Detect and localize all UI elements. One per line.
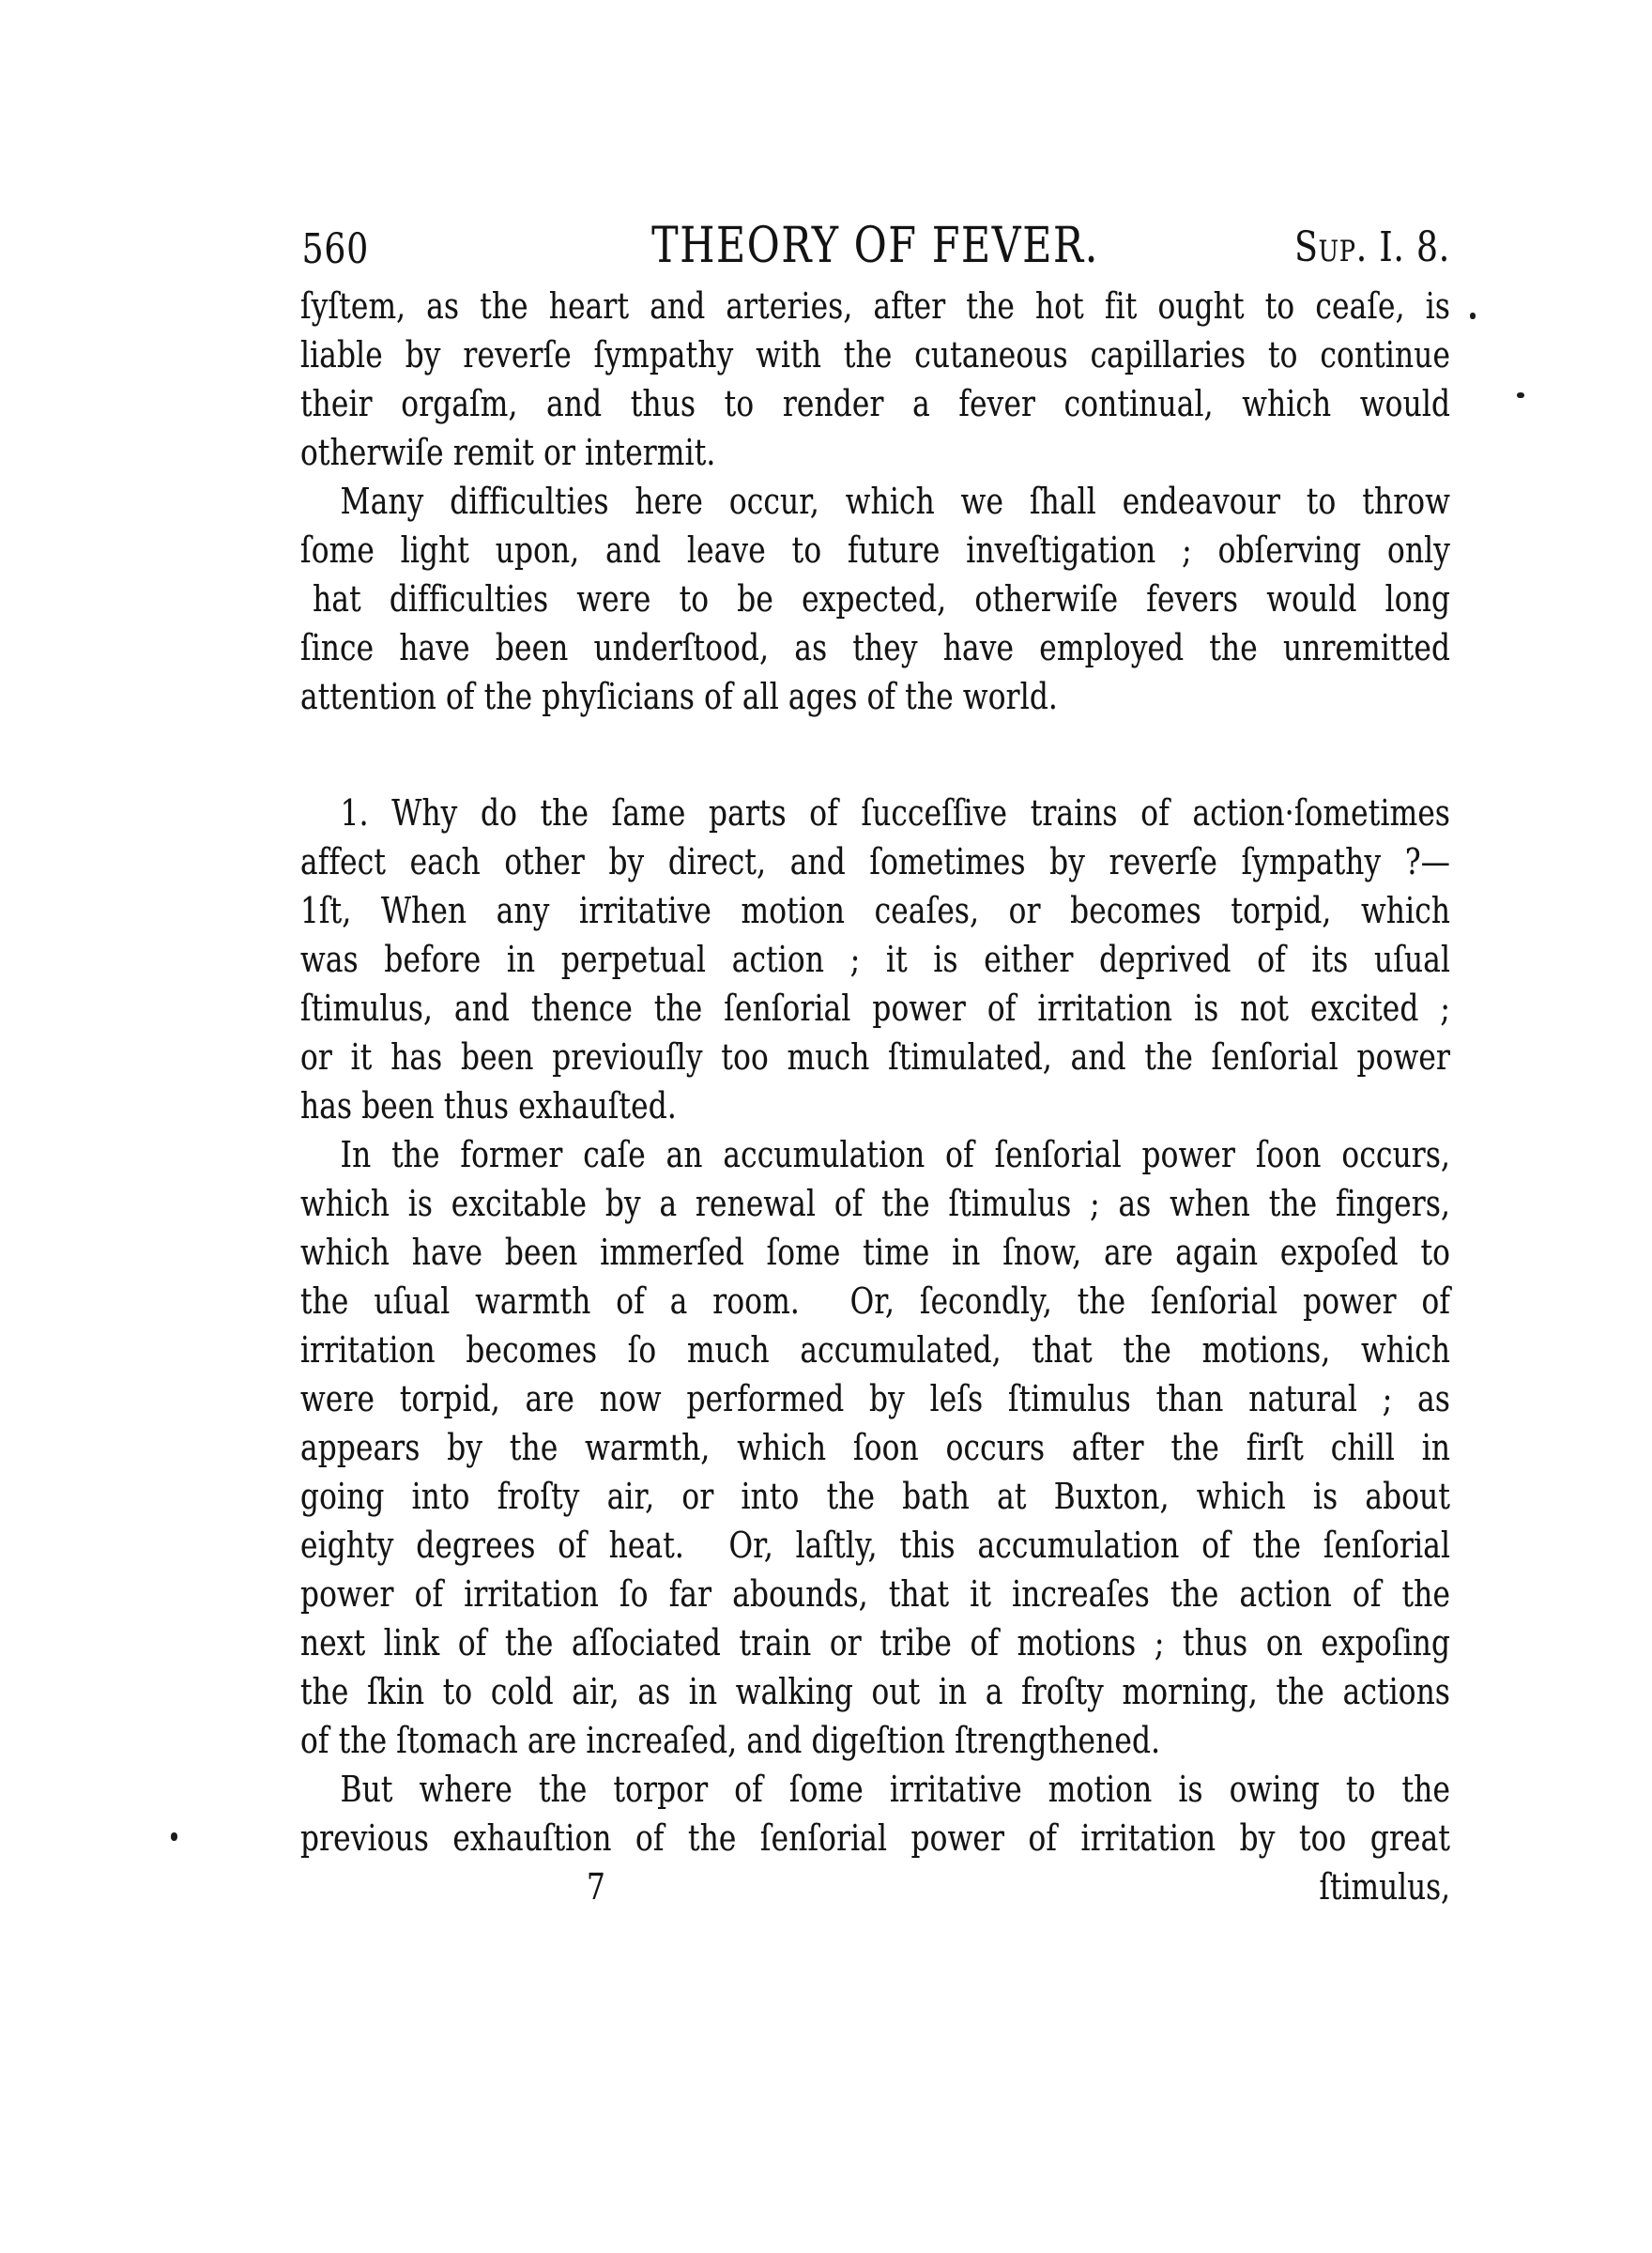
text-line: 1. Why do the ſame parts of ſucceſſive t… [300, 789, 1450, 837]
text-line: next link of the aſſociated train or tri… [300, 1618, 1450, 1667]
text-line: of the ſtomach are increaſed, and digeſt… [300, 1716, 1450, 1765]
text-line: liable by reverſe ſympathy with the cuta… [300, 330, 1450, 379]
text-line: Many difficulties here occur, which we ſ… [300, 477, 1450, 526]
text-line: which is excitable by a renewal of the ſ… [300, 1179, 1450, 1228]
text-line: ſyſtem, as the heart and arteries, after… [300, 282, 1450, 330]
text-line: 1ſt, When any irritative motion ceaſes, … [300, 886, 1450, 935]
text-line: power of irritation ſo far abounds, that… [300, 1570, 1450, 1618]
text-line: attention of the phyſicians of all ages … [300, 672, 1450, 721]
book-page-scan: 560 THEORY OF FEVER. Sup. I. 8. ſyſtem, … [0, 0, 1652, 2253]
text-line: which have been immerſed ſome time in ſn… [300, 1228, 1450, 1277]
page-title: THEORY OF FEVER. [300, 218, 1450, 274]
ink-speck [1517, 392, 1524, 398]
text-line: ſince have been underſtood, as they have… [300, 623, 1450, 672]
text-line: In the former caſe an accumulation of ſe… [300, 1130, 1450, 1179]
ink-speck [171, 1832, 177, 1841]
text-line: or it has been previouſly too much ſtimu… [300, 1033, 1450, 1081]
text-line: the uſual warmth of a room. Or, ſecondly… [300, 1277, 1450, 1326]
text-line: appears by the warmth, which ſoon occurs… [300, 1423, 1450, 1472]
text-line: But where the torpor of ſome irritative … [300, 1765, 1450, 1814]
text-line: their orgaſm, and thus to render a fever… [300, 379, 1450, 428]
ink-speck [1470, 313, 1476, 319]
section-reference: Sup. I. 8. [1294, 223, 1450, 271]
body-lines: ſyſtem, as the heart and arteries, after… [300, 282, 1450, 1862]
text-line: has been thus exhauſted. [300, 1081, 1450, 1130]
text-line: hat difficulties were to be expected, ot… [300, 575, 1450, 623]
text-line: the ſkin to cold air, as in walking out … [300, 1667, 1450, 1716]
text-line: eighty degrees of heat. Or, laſtly, this… [300, 1521, 1450, 1570]
text-line: was before in perpetual action ; it is e… [300, 935, 1450, 984]
text-line: ſtimulus, and thence the ſenſorial power… [300, 984, 1450, 1033]
text-line: going into froſty air, or into the bath … [300, 1472, 1450, 1521]
text-line: ſome light upon, and leave to future inv… [300, 526, 1450, 575]
page-footer: 7 ſtimulus, [300, 1862, 1450, 1911]
text-line: irritation becomes ſo much accumulated, … [300, 1326, 1450, 1374]
catchword: ſtimulus, [1320, 1862, 1451, 1911]
running-header: 560 THEORY OF FEVER. Sup. I. 8. [300, 218, 1450, 282]
text-line: previous exhauſtion of the ſenſorial pow… [300, 1814, 1450, 1862]
text-line: affect each other by direct, and ſometim… [300, 837, 1450, 886]
text-line: otherwiſe remit or intermit. [300, 428, 1450, 477]
printed-text-block: 560 THEORY OF FEVER. Sup. I. 8. ſyſtem, … [300, 218, 1450, 1911]
signature-mark: 7 [587, 1862, 605, 1911]
text-line: were torpid, are now performed by leſs ſ… [300, 1374, 1450, 1423]
